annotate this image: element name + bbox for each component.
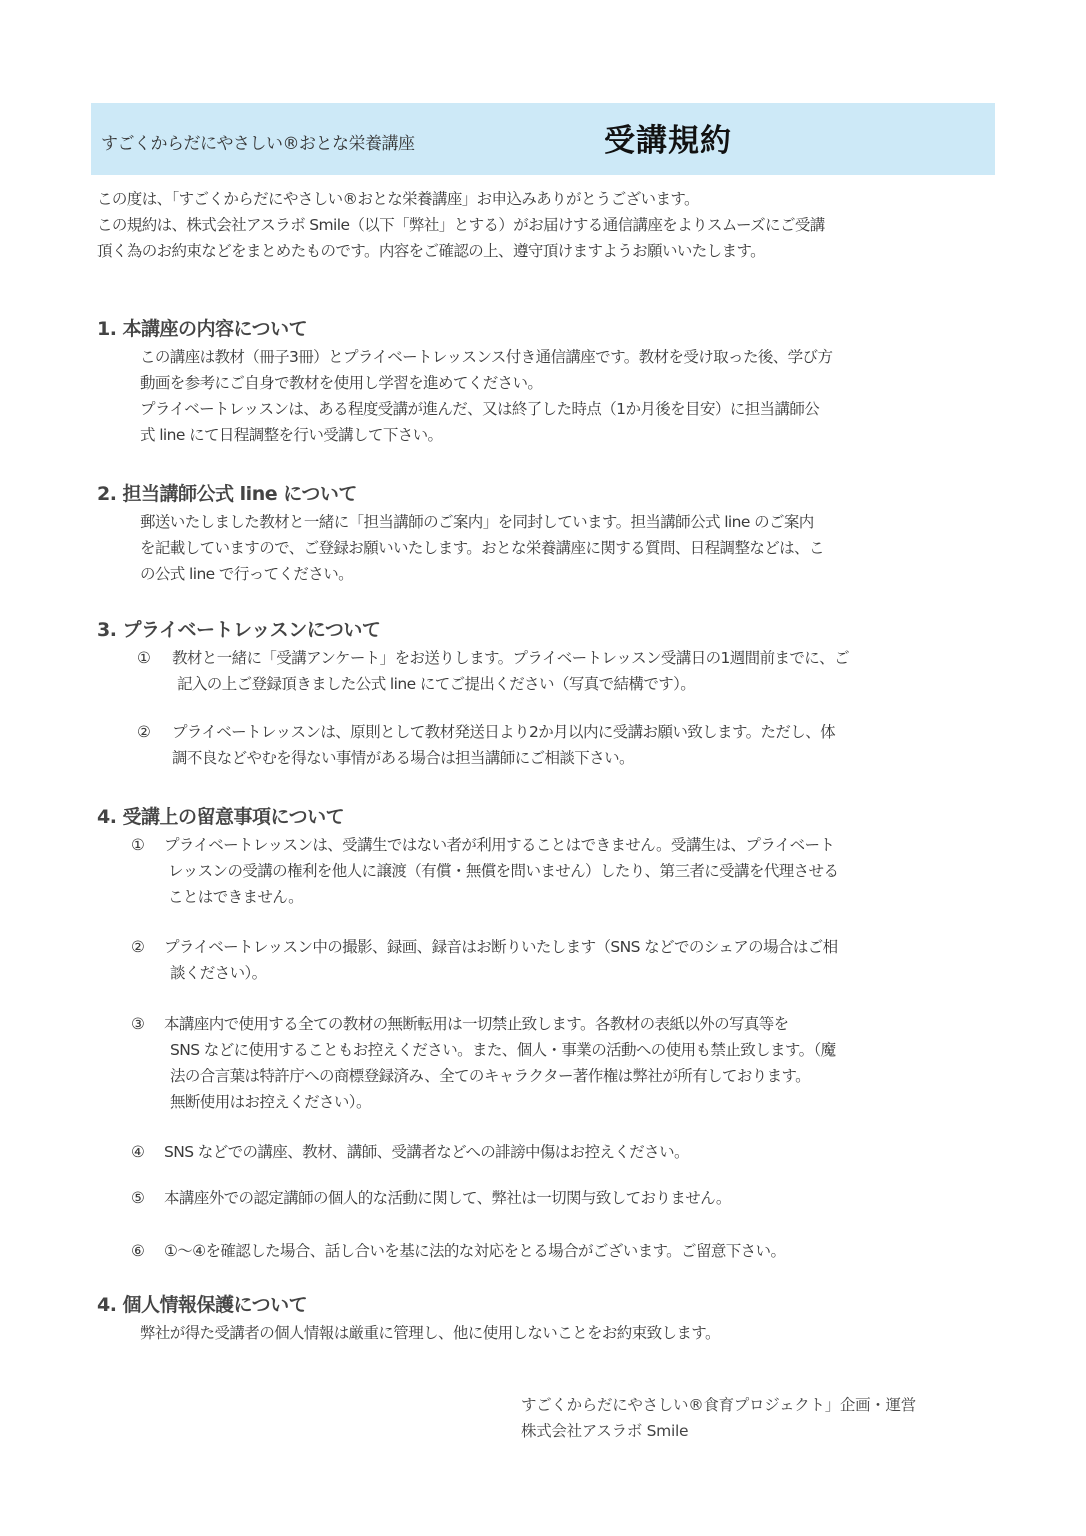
item-number: ①: [131, 832, 144, 858]
item-line: 法の合言葉は特許庁への商標登録済み、全てのキャラクター著作権は弊社が所有しており…: [164, 1063, 836, 1089]
intro-paragraph: この度は、「すごくからだにやさしい®おとな栄養講座」お申込みありがとうございます…: [97, 186, 997, 264]
terms-document: すごくからだにやさしい®おとな栄養講座 受講規約 この度は、「すごくからだにやさ…: [0, 0, 1086, 1536]
list-item: ② プライベートレッスンは、原則として教材発送日より2か月以内に受講お願い致しま…: [137, 719, 997, 771]
header-banner: すごくからだにやさしい®おとな栄養講座 受講規約: [91, 103, 995, 175]
item-number: ②: [131, 934, 144, 960]
item-line: プライベートレッスン中の撮影、録画、録音はお断りいたします（SNS などでのシェ…: [164, 934, 838, 960]
section-line: を記載していますので、ご登録お願いいたします。おとな栄養講座に関する質問、日程調…: [140, 535, 990, 561]
item-number: ⑤: [131, 1185, 144, 1211]
item-number: ⑥: [131, 1238, 144, 1264]
intro-line: この度は、「すごくからだにやさしい®おとな栄養講座」お申込みありがとうございます…: [97, 186, 997, 212]
section-heading-instructor-line: 2. 担当講師公式 line について: [97, 479, 357, 506]
section-line: の公式 line で行ってください。: [140, 561, 990, 587]
list-item: ① プライベートレッスンは、受講生ではない者が利用することはできません。受講生は…: [131, 832, 1001, 910]
page-title: 受講規約: [604, 115, 732, 160]
list-item: ① 教材と一緒に「受講アンケート」をお送りします。プライベートレッスン受講日の1…: [137, 645, 997, 697]
section-line: 式 line にて日程調整を行い受講して下さい。: [140, 422, 990, 448]
section-line: 動画を参考にご自身で教材を使用し学習を進めてください。: [140, 370, 990, 396]
section-heading-course-content: 1. 本講座の内容について: [97, 314, 307, 341]
footer-company: 株式会社アスラボ Smile: [521, 1418, 916, 1444]
item-line: 本講座内で使用する全ての教材の無断転用は一切禁止致します。各教材の表紙以外の写真…: [164, 1011, 836, 1037]
section-heading-private-lesson: 3. プライベートレッスンについて: [97, 615, 380, 642]
footer-signature: すごくからだにやさしい®食育プロジェクト」企画・運営 株式会社アスラボ Smil…: [521, 1392, 916, 1444]
section-body-privacy: 弊社が得た受講者の個人情報は厳重に管理し、他に使用しないことをお約束致します。: [140, 1320, 990, 1346]
section-heading-privacy: 4. 個人情報保護について: [97, 1290, 307, 1317]
item-line: SNS などに使用することもお控えください。また、個人・事業の活動への使用も禁止…: [164, 1037, 836, 1063]
item-line: 談ください）。: [164, 960, 838, 986]
item-line: 教材と一緒に「受講アンケート」をお送りします。プライベートレッスン受講日の1週間…: [172, 645, 849, 671]
list-item: ③ 本講座内で使用する全ての教材の無断転用は一切禁止致します。各教材の表紙以外の…: [131, 1011, 1001, 1115]
item-line: 調不良などやむを得ない事情がある場合は担当講師にご相談下さい。: [172, 745, 835, 771]
intro-line: この規約は、株式会社アスラボ Smile（以下「弊社」とする）がお届けする通信講…: [97, 212, 997, 238]
item-line: ことはできません。: [164, 884, 838, 910]
footer-project: すごくからだにやさしい®食育プロジェクト」企画・運営: [521, 1392, 916, 1418]
item-number: ①: [137, 645, 150, 671]
item-number: ③: [131, 1011, 144, 1037]
course-name: すごくからだにやさしい®おとな栄養講座: [101, 129, 415, 154]
section-line: プライベートレッスンは、ある程度受講が進んだ、又は終了した時点（1か月後を目安）…: [140, 396, 990, 422]
item-line: 記入の上ご登録頂きました公式 line にてご提出ください（写真で結構です）。: [172, 671, 849, 697]
list-item: ② プライベートレッスン中の撮影、録画、録音はお断りいたします（SNS などでの…: [131, 934, 1001, 986]
list-item: ⑥ ①～④を確認した場合、話し合いを基に法的な対応をとる場合がございます。ご留意…: [131, 1238, 1001, 1264]
item-line: レッスンの受講の権利を他人に譲渡（有償・無償を問いません）したり、第三者に受講を…: [164, 858, 838, 884]
section-heading-notes: 4. 受講上の留意事項について: [97, 802, 344, 829]
intro-line: 頂く為のお約束などをまとめたものです。内容をご確認の上、遵守頂けますようお願いい…: [97, 238, 997, 264]
item-number: ④: [131, 1139, 144, 1165]
section-line: 郵送いたしました教材と一緒に「担当講師のご案内」を同封しています。担当講師公式 …: [140, 509, 990, 535]
item-line: ①～④を確認した場合、話し合いを基に法的な対応をとる場合がございます。ご留意下さ…: [164, 1238, 785, 1264]
list-item: ⑤ 本講座外での認定講師の個人的な活動に関して、弊社は一切関与致しておりません。: [131, 1185, 1001, 1211]
item-line: プライベートレッスンは、受講生ではない者が利用することはできません。受講生は、プ…: [164, 832, 838, 858]
section-line: この講座は教材（冊子3冊）とプライベートレッスンス付き通信講座です。教材を受け取…: [140, 344, 990, 370]
item-line: プライベートレッスンは、原則として教材発送日より2か月以内に受講お願い致します。…: [172, 719, 835, 745]
section-body-instructor-line: 郵送いたしました教材と一緒に「担当講師のご案内」を同封しています。担当講師公式 …: [140, 509, 990, 587]
item-number: ②: [137, 719, 150, 745]
list-item: ④ SNS などでの講座、教材、講師、受講者などへの誹謗中傷はお控えください。: [131, 1139, 1001, 1165]
section-line: 弊社が得た受講者の個人情報は厳重に管理し、他に使用しないことをお約束致します。: [140, 1320, 990, 1346]
item-line: 無断使用はお控えください）。: [164, 1089, 836, 1115]
item-line: SNS などでの講座、教材、講師、受講者などへの誹謗中傷はお控えください。: [164, 1139, 689, 1165]
section-body-course-content: この講座は教材（冊子3冊）とプライベートレッスンス付き通信講座です。教材を受け取…: [140, 344, 990, 448]
item-line: 本講座外での認定講師の個人的な活動に関して、弊社は一切関与致しておりません。: [164, 1185, 731, 1211]
